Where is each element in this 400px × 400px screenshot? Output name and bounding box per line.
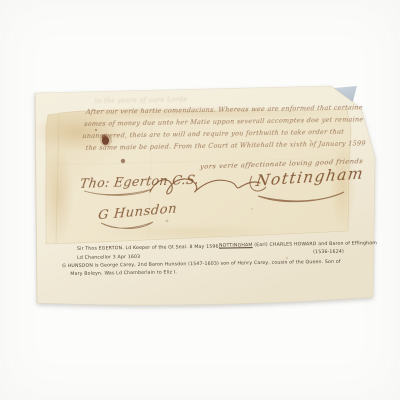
annotation-block: Sir Thos EGERTON. Ld Keeper of the Gt Se… [0, 0, 400, 400]
annotation-line1-left: Sir Thos EGERTON. Ld Keeper of the Gt Se… [77, 245, 220, 252]
annotation-underlined-word: NOTTINGHAM [219, 243, 253, 249]
annotation-line1-right: NOTTINGHAM (Earl) CHARLES HOWARD and Bar… [219, 241, 377, 248]
annotation-line2: Ld Chancellor 3 Apr 1603 [77, 254, 140, 260]
annotation-line3: G HUNSDON is George Carey, 2nd Baron Hun… [62, 259, 340, 268]
photo-scene: in the yeare of oure Lorde After our ver… [0, 0, 400, 400]
annotation-line4: Mary Boleyn. Was Ld Chamberlain to Eliz … [70, 270, 177, 277]
annotation-line1-right-rest: (Earl) CHARLES HOWARD and Baron of Effin… [253, 241, 377, 248]
annotation-dates: (1536-1624) [313, 249, 344, 254]
